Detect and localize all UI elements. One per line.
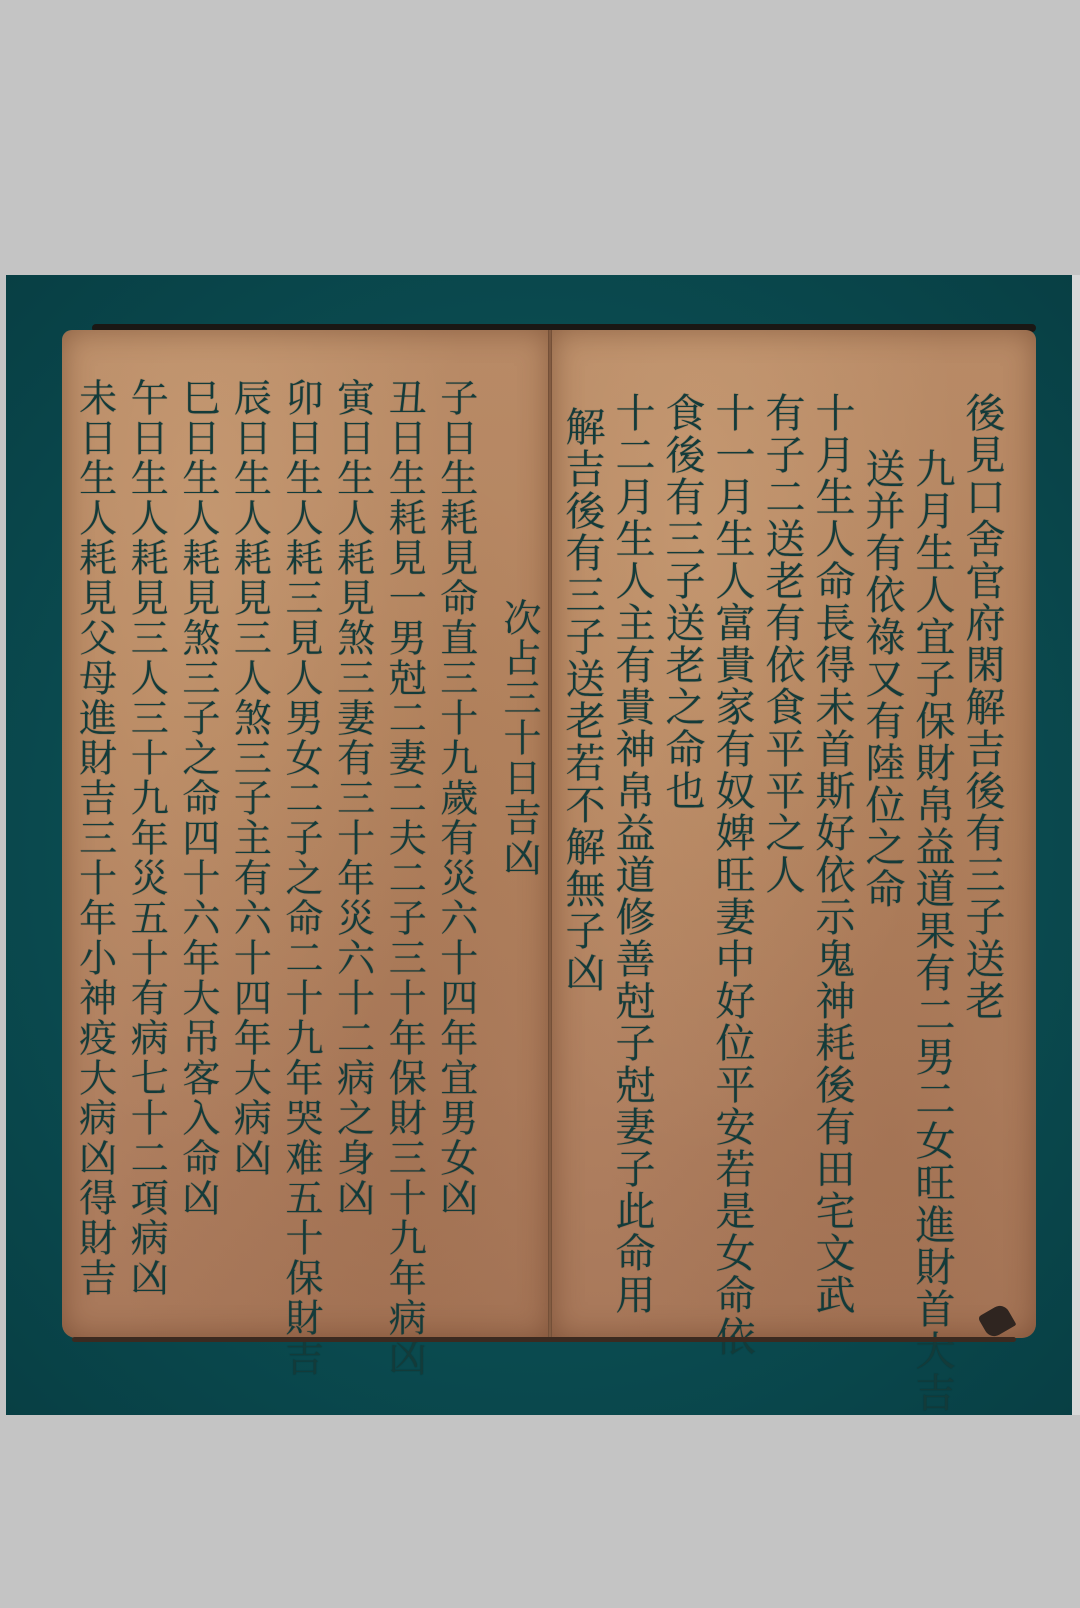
- scan-edge: [1072, 275, 1080, 1415]
- text-column: 寅日生人耗見煞三妻有三十年災六十二病之身凶: [329, 378, 372, 1338]
- text-column: 巳日生人耗見煞三子之命四十六年大吊客入命凶: [174, 378, 217, 1338]
- text-column: 十月生人命長得未首斯好依示鬼神耗後有田宅文武: [810, 392, 852, 1338]
- manuscript-book: 次占三十日吉凶 子日生耗見命直三十九歲有災六十四年宜男女凶 丑日生耗見一男尅二妻…: [62, 330, 1036, 1338]
- left-page: 次占三十日吉凶 子日生耗見命直三十九歲有災六十四年宜男女凶 丑日生耗見一男尅二妻…: [62, 330, 550, 1338]
- text-column: 十二月生人主有貴神帛益道修善尅子尅妻子此命用: [610, 392, 652, 1338]
- text-column: 午日生人耗見三人三十九年災五十有病七十二項病凶: [123, 378, 166, 1338]
- text-column: 辰日生人耗見三人煞三子主有六十四年大病凶: [226, 378, 269, 1338]
- text-column: 食後有三子送老之命也: [660, 392, 702, 1338]
- text-column: 九月生人宜子保財帛益道果有二男二女旺進財首大吉: [910, 392, 952, 1338]
- text-column: 後見口舍官府閑解吉後有三子送老: [960, 392, 1002, 1338]
- text-column: 十一月生人富貴家有奴婢旺妻中好位平安若是女命依: [710, 392, 752, 1338]
- left-page-columns: 次占三十日吉凶 子日生耗見命直三十九歲有災六十四年宜男女凶 丑日生耗見一男尅二妻…: [62, 330, 550, 1338]
- text-column: 卯日生人耗三見人男女二子之命二十九年哭难五十保財吉: [277, 378, 320, 1338]
- page-bottom-edge: [72, 1337, 1016, 1342]
- text-column: 送并有依祿又有陸位之命: [860, 392, 902, 1338]
- text-column: 丑日生耗見一男尅二妻二夫二子三十年保財三十九年病凶: [381, 378, 424, 1338]
- text-column: 解吉後有三子送老若不解無子凶: [560, 392, 602, 1338]
- section-title: 次占三十日吉凶: [484, 378, 538, 1338]
- text-column: 子日生耗見命直三十九歲有災六十四年宜男女凶: [432, 378, 475, 1338]
- text-column: 有子二送老有依食平平之人: [760, 392, 802, 1338]
- text-column: 未日生人耗見父母進財吉三十年小神疫大病凶得財吉: [71, 378, 114, 1338]
- right-page: 後見口舍官府閑解吉後有三子送老 九月生人宜子保財帛益道果有二男二女旺進財首大吉 …: [552, 330, 1036, 1338]
- right-page-columns: 後見口舍官府閑解吉後有三子送老 九月生人宜子保財帛益道果有二男二女旺進財首大吉 …: [552, 330, 1036, 1338]
